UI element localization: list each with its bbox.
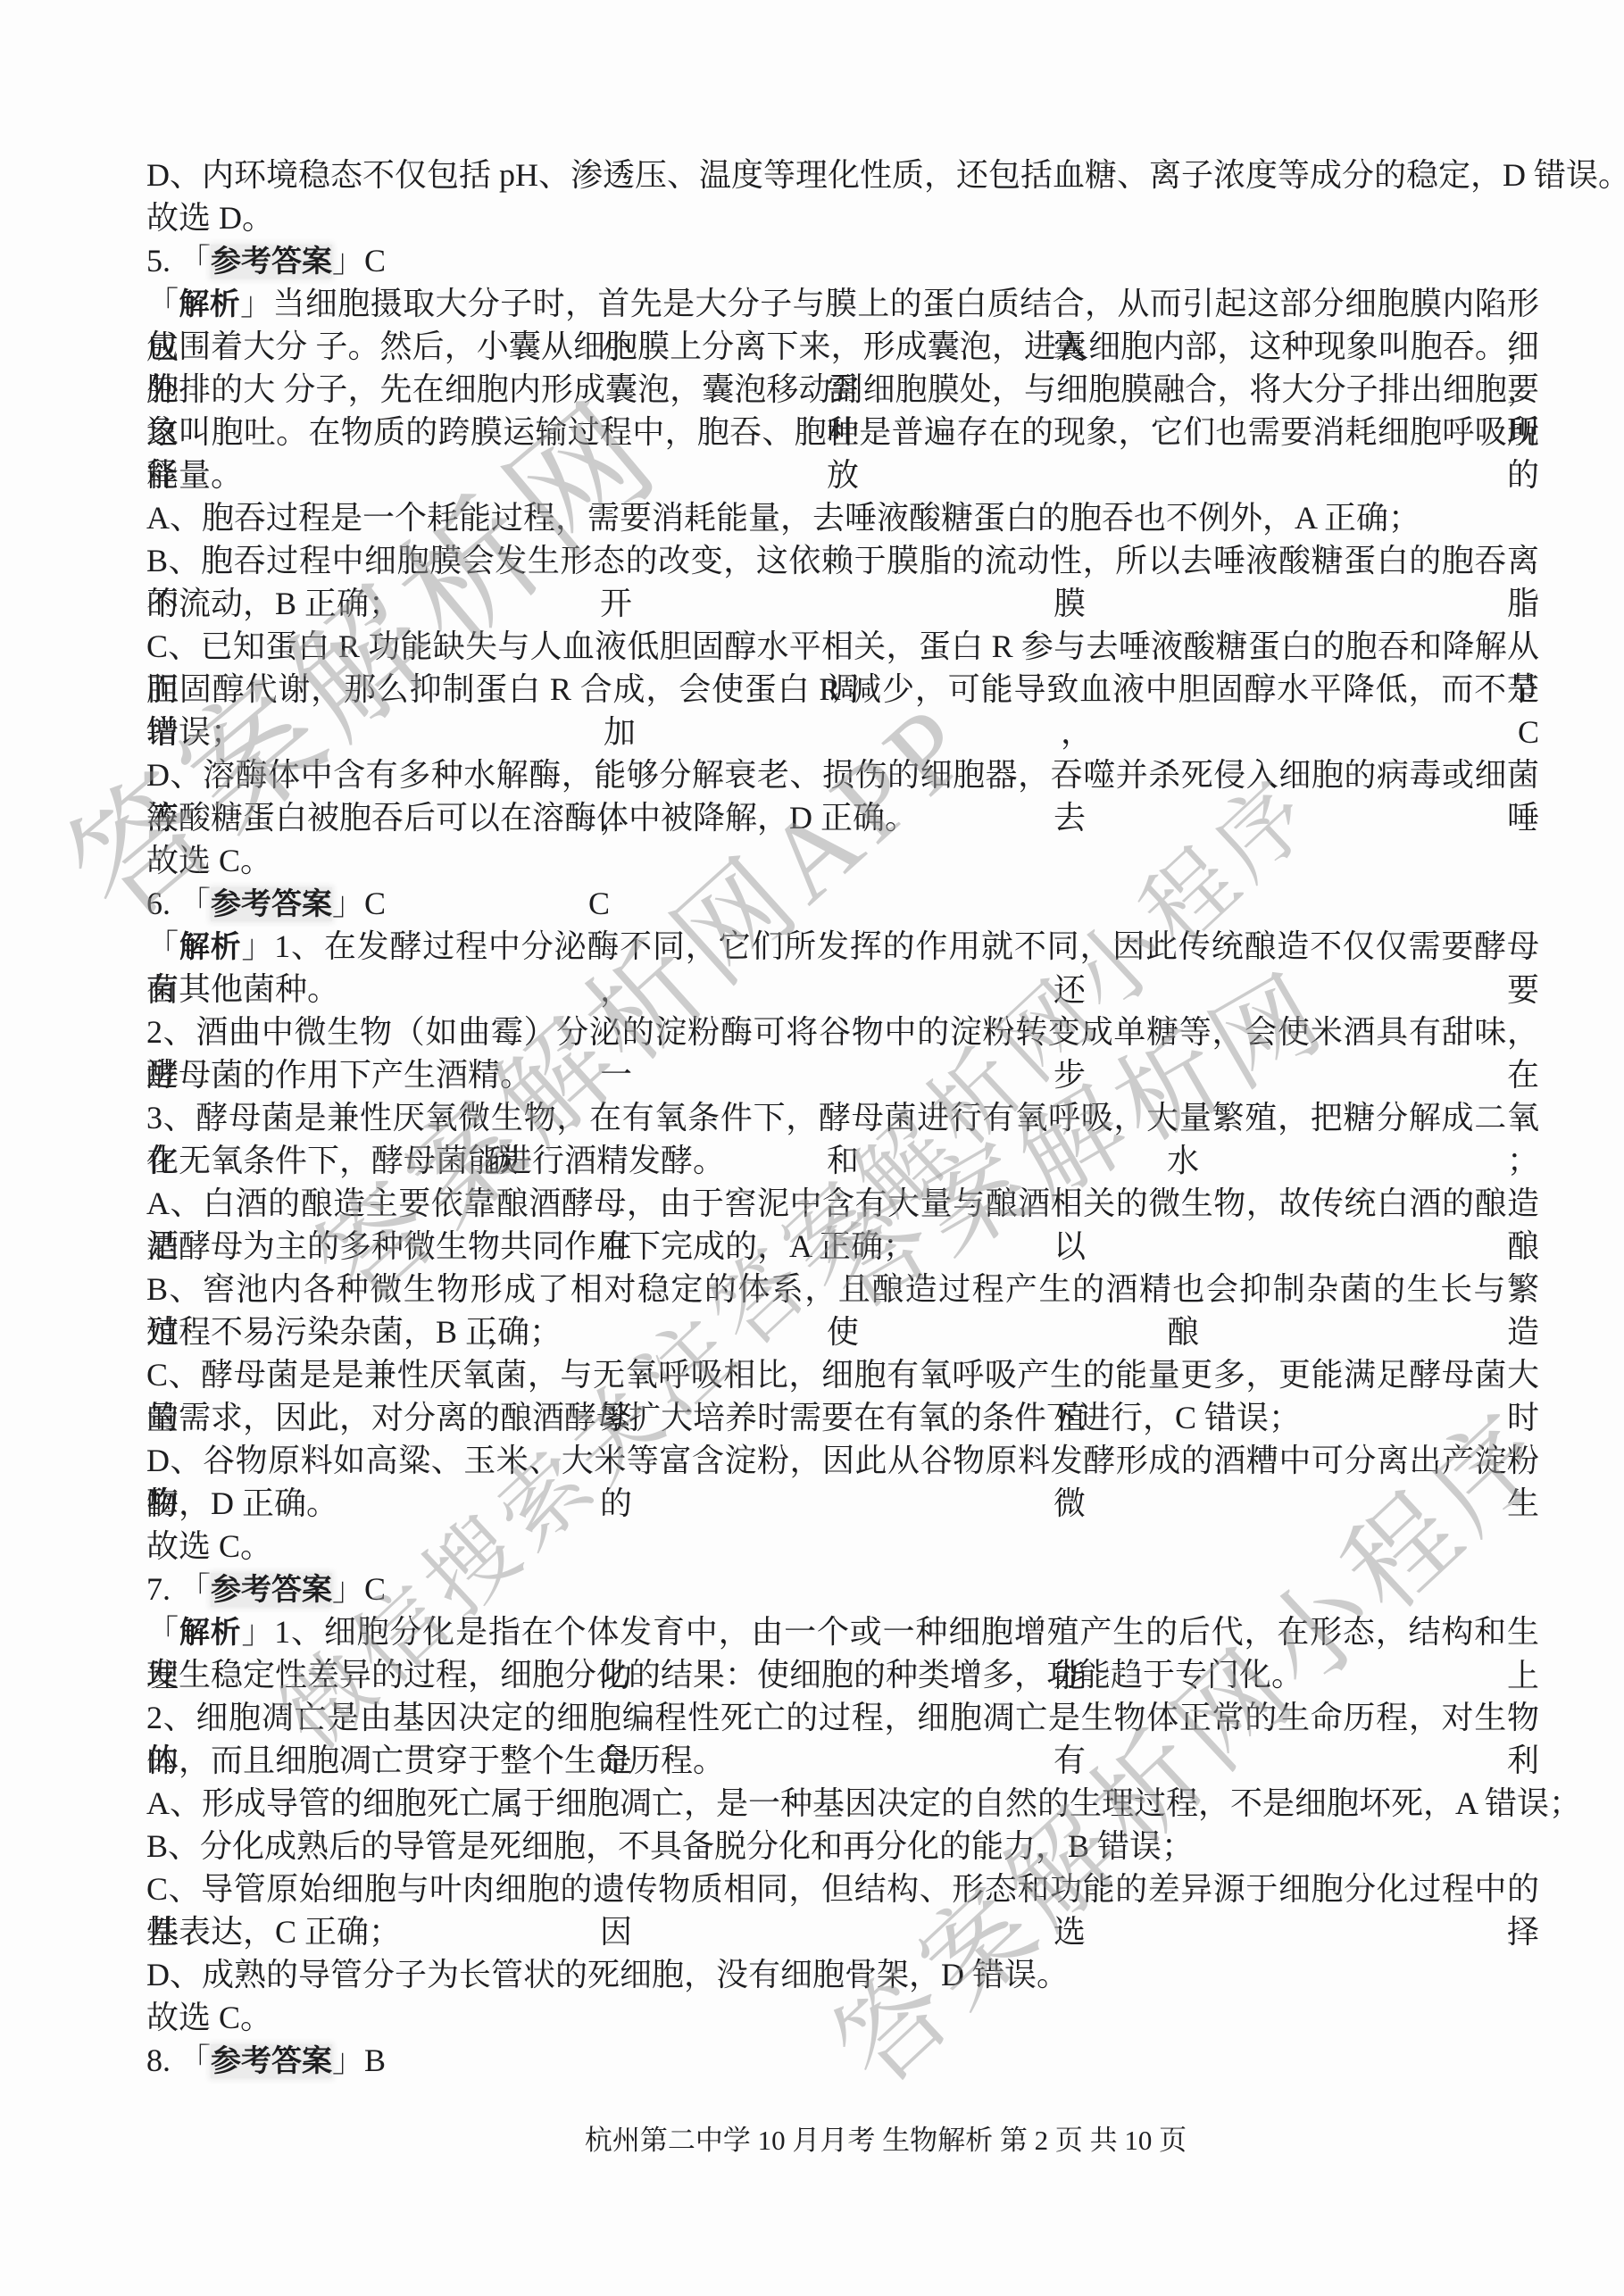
text-segment: 」 <box>332 243 364 279</box>
text-segment: D、内环境稳态不仅包括 pH、渗透压、温度等理化性质，还包括血糖、离子浓度等成分… <box>146 157 1624 193</box>
text-line: 液酸糖蛋白被胞吞后可以在溶酶体中被降解，D 正确。 <box>146 796 1539 839</box>
text-line: 2、细胞凋亡是由基因决定的细胞编程性死亡的过程，细胞凋亡是生物体正常的生命历程，… <box>146 1696 1539 1739</box>
text-line: 外排的大 分子，先在细胞内形成囊泡，囊泡移动到细胞膜处，与细胞膜融合，将大分子排… <box>146 368 1539 411</box>
text-line: C、已知蛋白 R 功能缺失与人血液低胆固醇水平相关，蛋白 R 参与去唾液酸糖蛋白… <box>146 625 1539 668</box>
scanned-answer-key-page: D、内环境稳态不仅包括 pH、渗透压、温度等理化性质，还包括血糖、离子浓度等成分… <box>0 0 1624 2296</box>
text-line: B、分化成熟后的导管是死细胞，不具备脱分化和再分化的能力，B 错误； <box>146 1825 1539 1868</box>
text-line: 「解析」1、细胞分化是指在个体发育中，由一个或一种细胞增殖产生的后代，在形态，结… <box>146 1610 1539 1653</box>
heading-label: 解析 <box>179 1616 242 1650</box>
text-segment: 的流动，B 正确； <box>146 586 401 621</box>
text-segment: 故选 C。 <box>146 2000 272 2035</box>
text-segment: 故选 C。 <box>146 1528 272 1564</box>
heading-label: 参考答案 <box>211 245 332 279</box>
text-segment: 酵母菌的作用下产生酒精。 <box>146 1057 532 1093</box>
text-segment: 性表达，C 正确； <box>146 1914 401 1950</box>
text-segment: D、成熟的导管分子为长管状的死细胞，没有细胞骨架，D 错误。 <box>146 1957 1069 1992</box>
text-line: 「解析」1、在发酵过程中分泌酶不同，它们所发挥的作用就不同，因此传统酿造不仅仅需… <box>146 925 1539 968</box>
text-line: 故选 C。 <box>146 1525 1539 1568</box>
text-segment: 」 <box>332 2042 364 2078</box>
text-segment: 故选 C。 <box>146 843 272 878</box>
page-footer: 杭州第二中学 10 月月考 生物解析 第 2 页 共 10 页 <box>189 2121 1582 2160</box>
text-line: 过程不易污染杂菌，B 正确； <box>146 1310 1539 1353</box>
text-line: 在无氧条件下，酵母菌能进行酒精发酵。 <box>146 1139 1539 1182</box>
footer-text: 杭州第二中学 10 月月考 生物解析 第 2 页 共 10 页 <box>585 2125 1187 2156</box>
text-line: A、形成导管的细胞死亡属于细胞凋亡，是一种基因决定的自然的生理过程，不是细胞坏死… <box>146 1782 1539 1825</box>
text-line: A、胞吞过程是一个耗能过程，需要消耗能量，去唾液酸糖蛋白的胞吞也不例外，A 正确… <box>146 496 1539 539</box>
text-line: 包围着大分 子。然后，小囊从细胞膜上分离下来，形成囊泡，进入细胞内部，这种现象叫… <box>146 325 1539 368</box>
text-segment: 」 <box>240 286 272 321</box>
text-line: 酵母菌的作用下产生酒精。 <box>146 1053 1539 1096</box>
text-segment: 发生稳定性差异的过程，细胞分化的结果：使细胞的种类增多，功能趋于专门化。 <box>146 1657 1303 1693</box>
text-segment: C <box>364 243 386 279</box>
text-segment: 能量。 <box>146 457 243 493</box>
text-line: 「解析」当细胞摄取大分子时，首先是大分子与膜上的蛋白质结合，从而引起这部分细胞膜… <box>146 282 1539 325</box>
text-line: 发生稳定性差异的过程，细胞分化的结果：使细胞的种类增多，功能趋于专门化。 <box>146 1653 1539 1696</box>
text-line: D、内环境稳态不仅包括 pH、渗透压、温度等理化性质，还包括血糖、离子浓度等成分… <box>146 154 1539 196</box>
text-line: 的，而且细胞凋亡贯穿于整个生命历程。 <box>146 1739 1539 1782</box>
text-segment: 在无氧条件下，酵母菌能进行酒精发酵。 <box>146 1143 725 1178</box>
text-segment: 「 <box>146 928 179 964</box>
text-line: A、白酒的酿造主要依靠酿酒酵母，由于窖泥中含有大量与酿酒相关的微生物，故传统白酒… <box>146 1182 1539 1225</box>
text-line: 故选 D。 <box>146 196 1539 239</box>
stray-answer-letter: C <box>588 882 610 925</box>
text-segment: 过程不易污染杂菌，B 正确； <box>146 1314 562 1350</box>
text-segment: B <box>364 2042 386 2078</box>
text-line: B、胞吞过程中细胞膜会发生形态的改变，这依赖于膜脂的流动性，所以去唾液酸糖蛋白的… <box>146 539 1539 582</box>
text-segment: 酒酵母为主的多种微生物共同作用下完成的，A 正确； <box>146 1228 915 1264</box>
text-line: 5. 「参考答案」C <box>146 239 1539 282</box>
text-segment: 「 <box>179 1571 211 1607</box>
text-line: 8. 「参考答案」B <box>146 2039 1539 2082</box>
text-line: 6. 「参考答案」CC <box>146 882 1539 925</box>
text-line: 错误； <box>146 711 1539 753</box>
text-segment: 7. <box>146 1571 179 1607</box>
text-line: 3、酵母菌是兼性厌氧微生物，在有氧条件下，酵母菌进行有氧呼吸，大量繁殖，把糖分解… <box>146 1096 1539 1139</box>
text-segment: C <box>364 1571 386 1607</box>
answer-key-content: D、内环境稳态不仅包括 pH、渗透压、温度等理化性质，还包括血糖、离子浓度等成分… <box>146 154 1539 2082</box>
text-line: D、谷物原料如高粱、玉米、大米等富含淀粉，因此从谷物原料发酵形成的酒糟中可分离出… <box>146 1439 1539 1482</box>
text-segment: 有其他菌种。 <box>146 971 339 1007</box>
text-line: 性表达，C 正确； <box>146 1910 1539 1953</box>
text-segment: 」 <box>241 1614 274 1650</box>
text-segment: 」 <box>332 886 364 921</box>
heading-label: 参考答案 <box>211 1573 332 1607</box>
text-segment: 的需求，因此，对分离的酿酒酵母扩大培养时需要在有氧的条件下进行，C 错误； <box>146 1400 1301 1435</box>
heading-label: 参考答案 <box>211 2044 332 2078</box>
heading-label: 解析 <box>179 287 240 321</box>
text-line: 7. 「参考答案」C <box>146 1568 1539 1610</box>
text-segment: 液酸糖蛋白被胞吞后可以在溶酶体中被降解，D 正确。 <box>146 800 917 836</box>
heading-label: 解析 <box>179 930 242 964</box>
text-segment: 错误； <box>146 714 243 750</box>
text-segment: 「 <box>146 1614 179 1650</box>
text-line: C、导管原始细胞与叶肉细胞的遗传物质相同，但结构、形态和功能的差异源于细胞分化过… <box>146 1868 1539 1910</box>
text-segment: 的，而且细胞凋亡贯穿于整个生命历程。 <box>146 1743 725 1778</box>
text-segment: 物，D 正确。 <box>146 1485 338 1521</box>
text-segment: A、胞吞过程是一个耗能过程，需要消耗能量，去唾液酸糖蛋白的胞吞也不例外，A 正确… <box>146 500 1420 536</box>
text-line: 故选 C。 <box>146 1996 1539 2039</box>
text-line: 酒酵母为主的多种微生物共同作用下完成的，A 正确； <box>146 1225 1539 1268</box>
text-segment: 「 <box>146 286 179 321</box>
text-segment: 6. <box>146 886 179 921</box>
text-line: 故选 C。 <box>146 839 1539 882</box>
text-line: D、成熟的导管分子为长管状的死细胞，没有细胞骨架，D 错误。 <box>146 1953 1539 1996</box>
text-segment: 8. <box>146 2042 179 2078</box>
text-line: 象叫胞吐。在物质的跨膜运输过程中，胞吞、胞吐是普遍存在的现象，它们也需要消耗细胞… <box>146 411 1539 453</box>
text-segment: B、分化成熟后的导管是死细胞，不具备脱分化和再分化的能力，B 错误； <box>146 1828 1194 1864</box>
text-segment: 」 <box>332 1571 364 1607</box>
text-segment: 「 <box>179 886 211 921</box>
text-segment: 故选 D。 <box>146 200 274 236</box>
text-line: 物，D 正确。 <box>146 1482 1539 1525</box>
text-line: 的流动，B 正确； <box>146 582 1539 625</box>
text-segment: 「 <box>179 243 211 279</box>
text-line: C、酵母菌是是兼性厌氧菌，与无氧呼吸相比，细胞有氧呼吸产生的能量更多，更能满足酵… <box>146 1353 1539 1396</box>
text-line: 的需求，因此，对分离的酿酒酵母扩大培养时需要在有氧的条件下进行，C 错误； <box>146 1396 1539 1439</box>
text-segment: A、形成导管的细胞死亡属于细胞凋亡，是一种基因决定的自然的生理过程，不是细胞坏死… <box>146 1785 1581 1821</box>
text-segment: C <box>364 886 386 921</box>
text-line: 胆固醇代谢，那么抑制蛋白 R 合成，会使蛋白 R 减少，可能导致血液中胆固醇水平… <box>146 668 1539 711</box>
text-line: 有其他菌种。 <box>146 968 1539 1011</box>
text-segment: 5. <box>146 243 179 279</box>
text-line: 能量。 <box>146 453 1539 496</box>
text-line: D、溶酶体中含有多种水解酶，能够分解衰老、损伤的细胞器，吞噬并杀死侵入细胞的病毒… <box>146 753 1539 796</box>
heading-label: 参考答案 <box>211 887 332 921</box>
text-segment: 「 <box>179 2042 211 2078</box>
text-segment: 」 <box>241 928 274 964</box>
text-line: 2、酒曲中微生物（如曲霉）分泌的淀粉酶可将谷物中的淀粉转变成单糖等，会使米酒具有… <box>146 1011 1539 1053</box>
text-line: B、窖池内各种微生物形成了相对稳定的体系，且酿造过程产生的酒精也会抑制杂菌的生长… <box>146 1268 1539 1310</box>
